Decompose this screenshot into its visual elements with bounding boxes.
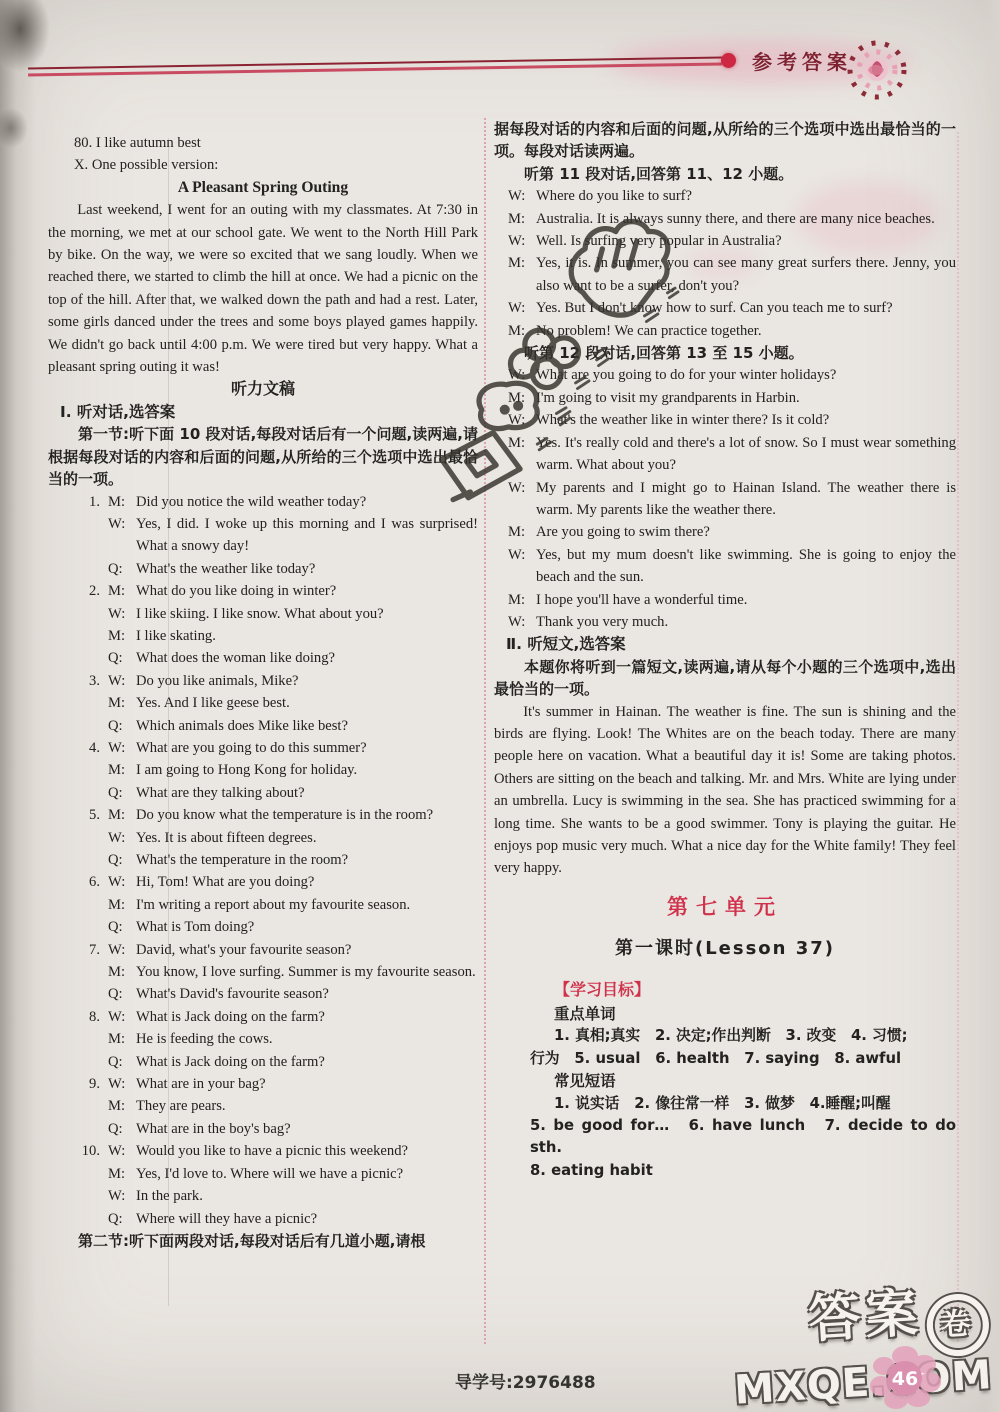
- dialogue-text: What is Jack doing on the farm?: [136, 1006, 478, 1028]
- dialogue-row: M: I hope you'll have a wonderful time.: [508, 589, 956, 611]
- speaker-label: Q:: [108, 782, 136, 804]
- dialogue-number: 5.: [66, 804, 108, 826]
- speaker-label: M:: [108, 759, 136, 781]
- dialogue-text: Hi, Tom! What are you doing?: [136, 871, 478, 893]
- header-double-rule: [28, 57, 722, 77]
- dialogue-row: W: I like skiing. I like snow. What abou…: [66, 603, 478, 625]
- right-margin-dotted-line: [957, 132, 959, 1342]
- dialogue-row: M: I'm writing a report about my favouri…: [66, 894, 478, 916]
- dialogue-number: [66, 1118, 108, 1140]
- dialogue-number: [66, 1051, 108, 1073]
- speaker-label: M:: [108, 1095, 136, 1117]
- dialogue-text: Yes. It is about fifteen degrees.: [136, 827, 478, 849]
- dialogue-number: 10.: [66, 1140, 108, 1162]
- dialogue-row: 7. W: David, what's your favourite seaso…: [66, 939, 478, 961]
- speaker-label: Q:: [108, 849, 136, 871]
- speaker-label: M:: [108, 1028, 136, 1050]
- dialogue-text: Would you like to have a picnic this wee…: [136, 1140, 478, 1162]
- dialogue-number: [66, 513, 108, 558]
- dialogue-text: Yes, but my mum doesn't like swimming. S…: [536, 544, 956, 589]
- dialogue-number: 2.: [66, 580, 108, 602]
- dialogue-text: I like skating.: [136, 625, 478, 647]
- dialogue-number: [66, 961, 108, 983]
- dialogue-text: I like skiing. I like snow. What about y…: [136, 603, 478, 625]
- phrases-line3: 8. eating habit: [530, 1160, 956, 1182]
- speaker-label: M:: [108, 491, 136, 513]
- section2-passage-instructions: 本题你将听到一篇短文,读两遍,请从每个小题的三个选项中,选出最恰当的一项。: [494, 656, 956, 701]
- dialogue-row: W: In the park.: [66, 1185, 478, 1207]
- left-column: 80. I like autumn best X. One possible v…: [48, 132, 478, 1252]
- dialogue-row: M: You know, I love surfing. Summer is m…: [66, 961, 478, 983]
- dialogue-text: They are pears.: [136, 1095, 478, 1117]
- dialogue-row: 5. M: Do you know what the temperature i…: [66, 804, 478, 826]
- essay-title: A Pleasant Spring Outing: [48, 177, 478, 199]
- dialogue-text: What is Tom doing?: [136, 916, 478, 938]
- dialogue-row: 6. W: Hi, Tom! What are you doing?: [66, 871, 478, 893]
- dialogue-text: David, what's your favourite season?: [136, 939, 478, 961]
- dialogue-number: [66, 782, 108, 804]
- listening-passage: It's summer in Hainan. The weather is fi…: [494, 701, 956, 880]
- dialogue-row: M: Are you going to swim there?: [508, 521, 956, 543]
- speaker-label: M:: [508, 521, 536, 543]
- scanned-answer-page: 参考答案 80. I like autumn best X. One possi…: [0, 0, 1000, 1412]
- dialogue-row: M: He is feeding the cows.: [66, 1028, 478, 1050]
- dialogue-row: W: Yes, but my mum doesn't like swimming…: [508, 544, 956, 589]
- dialogue-number: [66, 1163, 108, 1185]
- dialogue-number: [66, 849, 108, 871]
- dialogue-row: Q: What's the weather like today?: [66, 558, 478, 580]
- section1-heading: Ⅰ. 听对话,选答案: [60, 401, 478, 423]
- speaker-label: W:: [108, 737, 136, 759]
- speaker-label: Q:: [108, 1118, 136, 1140]
- dialogue-number: [66, 1028, 108, 1050]
- speaker-label: Q:: [108, 1208, 136, 1230]
- phrases-line2: 5. be good for… 6. have lunch 7. decide …: [530, 1115, 956, 1160]
- dialogue-row: 9. W: What are in your bag?: [66, 1073, 478, 1095]
- dialogue-text: Did you notice the wild weather today?: [136, 491, 478, 513]
- answer-line-80: 80. I like autumn best: [74, 132, 478, 154]
- speaker-label: Q:: [108, 1051, 136, 1073]
- dialogue-number: [66, 558, 108, 580]
- essay-paragraph: Last weekend, I went for an outing with …: [48, 199, 478, 378]
- dialogue-text: Yes, I did. I woke up this morning and I…: [136, 513, 478, 558]
- dialogue-text: In the park.: [136, 1185, 478, 1207]
- speaker-label: W:: [508, 611, 536, 633]
- section2-heading: Ⅱ. 听短文,选答案: [506, 633, 956, 655]
- speaker-label: Q:: [108, 983, 136, 1005]
- key-words-line2: 行为 5. usual 6. health 7. saying 8. awful: [530, 1048, 956, 1070]
- dialogue-number: 3.: [66, 670, 108, 692]
- dialogue-row: Q: Which animals does Mike like best?: [66, 715, 478, 737]
- dialogue-row: Q: Where will they have a picnic?: [66, 1208, 478, 1230]
- dialogue-number: 7.: [66, 939, 108, 961]
- dialogue-number: [66, 715, 108, 737]
- book-spine-shadow: [0, 0, 36, 1412]
- speaker-label: W:: [108, 670, 136, 692]
- dialogue-row: 8. W: What is Jack doing on the farm?: [66, 1006, 478, 1028]
- dialogue-text: Yes. And I like geese best.: [136, 692, 478, 714]
- lesson-37-title: 第一课时(Lesson 37): [494, 938, 956, 960]
- dialogue-row: W: Yes. It is about fifteen degrees.: [66, 827, 478, 849]
- dialogue-row: M: Yes. And I like geese best.: [66, 692, 478, 714]
- dialogue-list-1-10: 1. M: Did you notice the wild weather to…: [66, 491, 478, 1230]
- dialogue-text: Do you like animals, Mike?: [136, 670, 478, 692]
- dialogue-number: [66, 1185, 108, 1207]
- dialogue-text: What are you going to do this summer?: [136, 737, 478, 759]
- dialogue-text: Thank you very much.: [536, 611, 956, 633]
- scan-edge-blot: [0, 108, 28, 148]
- dialogue-text: What's David's favourite season?: [136, 983, 478, 1005]
- dialogue-text: What is Jack doing on the farm?: [136, 1051, 478, 1073]
- dialogue-number: [66, 1095, 108, 1117]
- dialogue-number: [66, 759, 108, 781]
- dialogue-text: He is feeding the cows.: [136, 1028, 478, 1050]
- daoxue-number: 导学号:2976488: [455, 1368, 596, 1393]
- watermark-brand-text: 答案: [806, 1283, 923, 1350]
- dialogue-text: What are they talking about?: [136, 782, 478, 804]
- dialogue-number: [66, 916, 108, 938]
- dialogue-text: Are you going to swim there?: [536, 521, 956, 543]
- speaker-label: M:: [108, 894, 136, 916]
- dialogue-text: I'm writing a report about my favourite …: [136, 894, 478, 916]
- speaker-label: W:: [108, 939, 136, 961]
- speaker-label: M:: [108, 1163, 136, 1185]
- dialogue-text: What are in the boy's bag?: [136, 1118, 478, 1140]
- phrases-line1: 1. 说实话 2. 像往常一样 3. 做梦 4.睡醒;叫醒: [554, 1093, 956, 1115]
- dialogue-row: Q: What does the woman like doing?: [66, 647, 478, 669]
- transcript-title: 听力文稿: [48, 378, 478, 400]
- dialogue-text: What's the temperature in the room?: [136, 849, 478, 871]
- learning-goals-heading: 【学习目标】: [554, 979, 956, 1001]
- dialogue-text: Which animals does Mike like best?: [136, 715, 478, 737]
- site-watermark: 答案卷 MXQE.COM: [728, 1282, 993, 1412]
- speaker-label: Q:: [108, 558, 136, 580]
- speaker-label: W:: [108, 1073, 136, 1095]
- speaker-label: W:: [108, 513, 136, 558]
- page-title: 参考答案: [752, 46, 852, 75]
- dialogue-number: [66, 983, 108, 1005]
- speaker-label: W:: [108, 1140, 136, 1162]
- page-number-flower-stamp-icon: 46: [868, 1344, 942, 1412]
- graffiti-doodle-stamp-icon: [432, 198, 700, 521]
- dialogue-row: 4. W: What are you going to do this summ…: [66, 737, 478, 759]
- section2-instructions-start: 第二节:听下面两段对话,每段对话后有几道小题,请根: [48, 1230, 478, 1252]
- dialogue-row: 1. M: Did you notice the wild weather to…: [66, 491, 478, 513]
- speaker-label: Q:: [108, 916, 136, 938]
- header-rule-bottom: [28, 63, 722, 77]
- dialogue-row: M: They are pears.: [66, 1095, 478, 1117]
- dialogue-number: [66, 603, 108, 625]
- scan-corner-blot: [0, 0, 50, 72]
- speaker-label: W:: [108, 1185, 136, 1207]
- page-right-edge: [984, 0, 1000, 1412]
- dialogue-number: [66, 692, 108, 714]
- key-words-heading: 重点单词: [554, 1003, 956, 1025]
- speaker-label: M:: [108, 961, 136, 983]
- dialogue-number: 9.: [66, 1073, 108, 1095]
- dialogue-text: You know, I love surfing. Summer is my f…: [136, 961, 478, 983]
- section1-instructions: 第一节:听下面 10 段对话,每段对话后有一个问题,读两遍,请根据每段对话的内容…: [48, 423, 478, 490]
- key-words-line1: 1. 真相;真实 2. 决定;作出判断 3. 改变 4. 习惯;: [554, 1025, 956, 1047]
- dialogue-row: Q: What are they talking about?: [66, 782, 478, 804]
- dialogue-text: I hope you'll have a wonderful time.: [536, 589, 956, 611]
- dialogue-number: [66, 1208, 108, 1230]
- section-x-line: X. One possible version:: [74, 154, 478, 176]
- dialogue-row: M: I like skating.: [66, 625, 478, 647]
- speaker-label: W:: [108, 827, 136, 849]
- speaker-label: W:: [508, 544, 536, 589]
- dialogue-row: 2. M: What do you like doing in winter?: [66, 580, 478, 602]
- dialogue-text: I am going to Hong Kong for holiday.: [136, 759, 478, 781]
- speaker-label: M:: [108, 625, 136, 647]
- dialogue-text: What's the weather like today?: [136, 558, 478, 580]
- dialogue-row: Q: What is Jack doing on the farm?: [66, 1051, 478, 1073]
- speaker-label: M:: [508, 589, 536, 611]
- dialogue-row: Q: What's David's favourite season?: [66, 983, 478, 1005]
- dialogue-row: 10. W: Would you like to have a picnic t…: [66, 1140, 478, 1162]
- speaker-label: W:: [108, 1006, 136, 1028]
- dialogue-row: Q: What is Tom doing?: [66, 916, 478, 938]
- dialogue-row: Q: What's the temperature in the room?: [66, 849, 478, 871]
- dotted-flower-emblem-icon: [845, 38, 909, 107]
- header-dot: [721, 53, 736, 68]
- dialogue-text: Where will they have a picnic?: [136, 1208, 478, 1230]
- dialogue-row: W: Thank you very much.: [508, 611, 956, 633]
- dialogue-number: [66, 894, 108, 916]
- dialogue-text: What are in your bag?: [136, 1073, 478, 1095]
- dialogue-number: 1.: [66, 491, 108, 513]
- section2-instructions-continued: 据每段对话的内容和后面的问题,从所给的三个选项中选出最恰当的一项。每段对话读两遍…: [494, 118, 956, 163]
- dialogue-row: M: Yes, I'd love to. Where will we have …: [66, 1163, 478, 1185]
- dialogue-text: Do you know what the temperature is in t…: [136, 804, 478, 826]
- dialogue-row: M: I am going to Hong Kong for holiday.: [66, 759, 478, 781]
- dialogue-number: 4.: [66, 737, 108, 759]
- dialogue-text: Yes, I'd love to. Where will we have a p…: [136, 1163, 478, 1185]
- speaker-label: W:: [108, 603, 136, 625]
- dialogue-row: W: Yes, I did. I woke up this morning an…: [66, 513, 478, 558]
- dialogue-row: 3. W: Do you like animals, Mike?: [66, 670, 478, 692]
- unit-7-title: 第七单元: [494, 896, 956, 918]
- dialogue11-heading: 听第 11 段对话,回答第 11、12 小题。: [494, 163, 956, 185]
- speaker-label: Q:: [108, 715, 136, 737]
- dialogue-text: What does the woman like doing?: [136, 647, 478, 669]
- speaker-label: M:: [108, 580, 136, 602]
- dialogue-number: [66, 647, 108, 669]
- common-phrases-heading: 常见短语: [554, 1070, 956, 1092]
- dialogue-text: What do you like doing in winter?: [136, 580, 478, 602]
- speaker-label: M:: [108, 804, 136, 826]
- dialogue-number: 6.: [66, 871, 108, 893]
- speaker-label: W:: [108, 871, 136, 893]
- dialogue-row: Q: What are in the boy's bag?: [66, 1118, 478, 1140]
- speaker-label: M:: [108, 692, 136, 714]
- dialogue-number: 8.: [66, 1006, 108, 1028]
- dialogue-number: [66, 625, 108, 647]
- dialogue-number: [66, 827, 108, 849]
- speaker-label: Q:: [108, 647, 136, 669]
- page-number: 46: [892, 1368, 918, 1390]
